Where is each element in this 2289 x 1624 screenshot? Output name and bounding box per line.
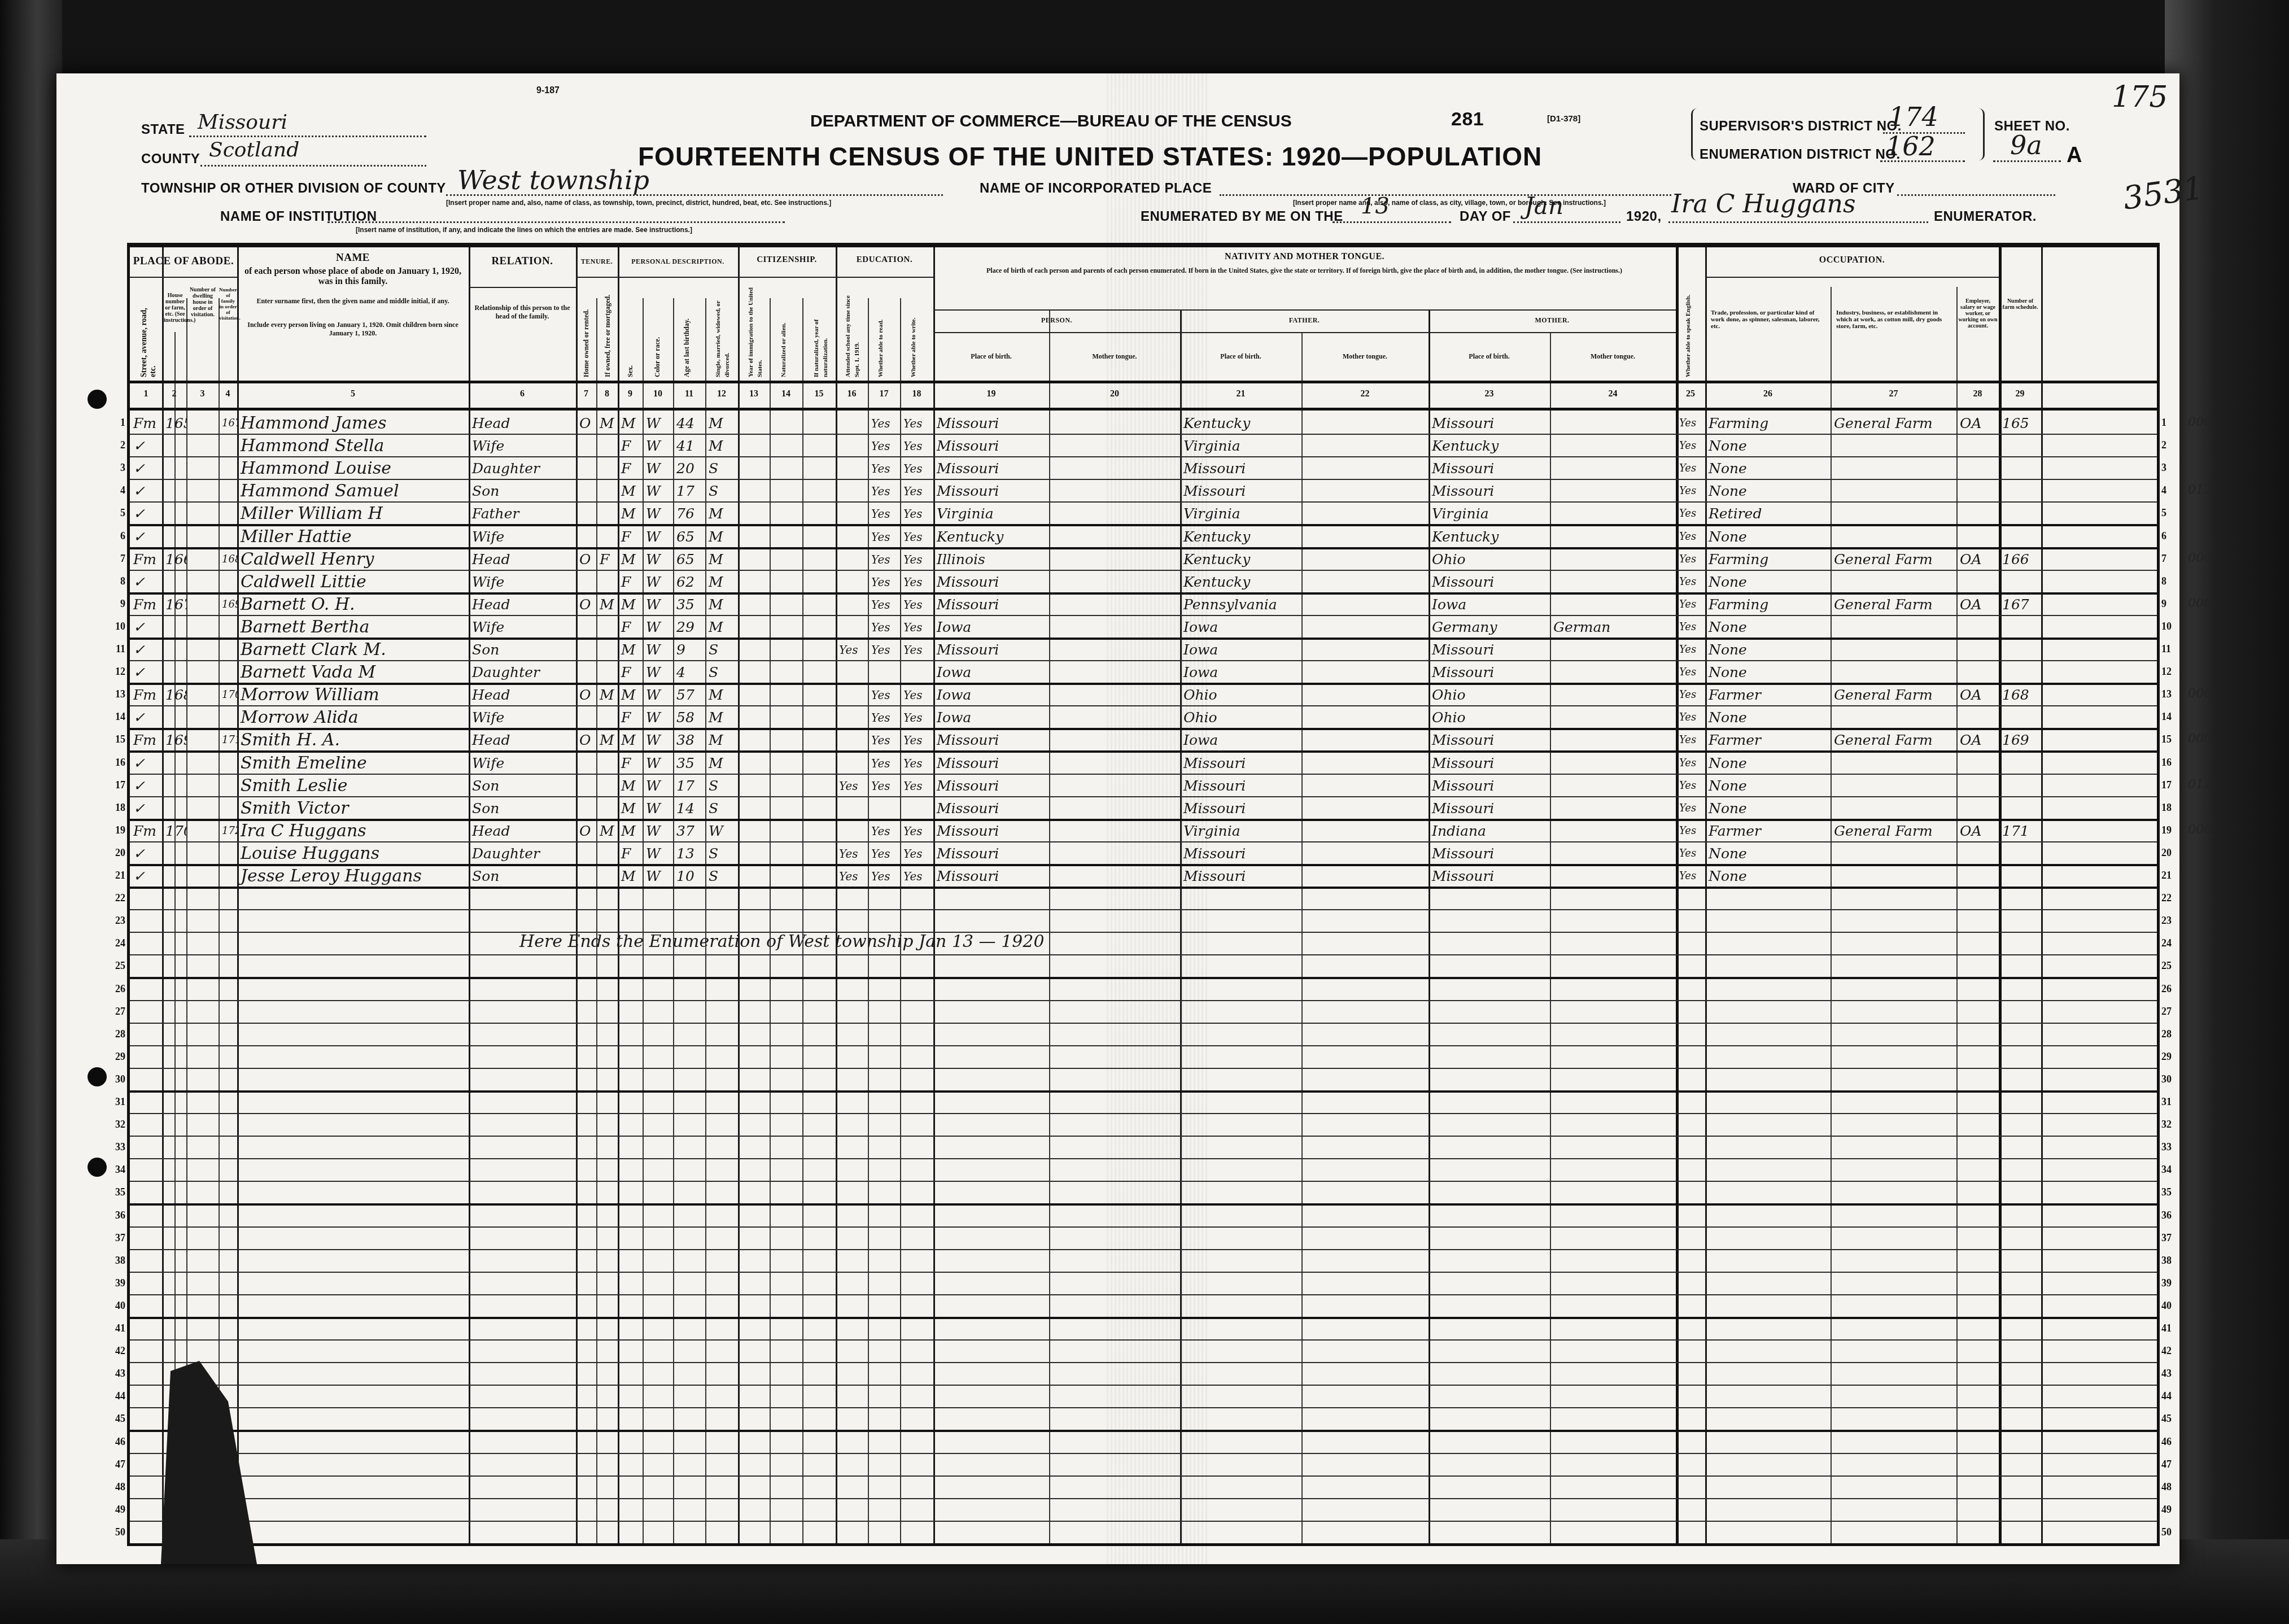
school-cell bbox=[836, 796, 868, 819]
school-cell bbox=[836, 1407, 868, 1430]
mortgage-cell bbox=[596, 1407, 618, 1430]
owned-cell: O bbox=[576, 728, 596, 750]
birthplace-cell: Missouri bbox=[933, 434, 1049, 456]
house-cell bbox=[162, 932, 186, 954]
english-cell bbox=[1676, 909, 1705, 932]
naturalized-cell bbox=[770, 1272, 802, 1294]
school-cell bbox=[836, 1385, 868, 1407]
father-tongue-cell bbox=[1301, 1294, 1429, 1317]
industry-cell bbox=[1831, 638, 1956, 660]
age-cell bbox=[673, 977, 705, 1000]
name-cell bbox=[237, 1430, 469, 1453]
margin-code: 012 bbox=[2188, 479, 2242, 501]
mortgage-cell bbox=[596, 977, 618, 1000]
mother-tongue-cell bbox=[1550, 660, 1676, 683]
farm-schedule-cell bbox=[1999, 1272, 2041, 1294]
tongue-cell bbox=[1049, 751, 1180, 774]
marital-cell: M bbox=[705, 592, 738, 615]
line-number: 34 bbox=[103, 1158, 125, 1181]
dwelling-cell bbox=[186, 1045, 219, 1068]
supervisor-district-label: SUPERVISOR'S DISTRICT NO. bbox=[1700, 119, 1902, 134]
owned-cell bbox=[576, 1000, 596, 1023]
age-cell: 20 bbox=[673, 456, 705, 479]
trade-cell: None bbox=[1705, 570, 1831, 592]
mother-tongue-cell bbox=[1550, 909, 1676, 932]
mother-birthplace-cell bbox=[1429, 1294, 1550, 1317]
naturalization-year-cell bbox=[802, 479, 836, 501]
age-cell bbox=[673, 1045, 705, 1068]
name-cell bbox=[237, 1362, 469, 1385]
immigration-cell bbox=[738, 1498, 770, 1521]
relation-cell bbox=[469, 1475, 576, 1498]
owned-cell bbox=[576, 1475, 596, 1498]
house-cell: 165 bbox=[162, 411, 186, 434]
mother-tongue-cell bbox=[1550, 411, 1676, 434]
family-cell: 168 bbox=[219, 547, 237, 570]
street-cell: ✓ bbox=[130, 570, 162, 592]
mortgage-cell bbox=[596, 638, 618, 660]
father-tongue-cell bbox=[1301, 1317, 1429, 1339]
line-number-right: 50 bbox=[2161, 1521, 2184, 1543]
school-cell bbox=[836, 1272, 868, 1294]
family-cell bbox=[219, 615, 237, 638]
owned-cell bbox=[576, 525, 596, 547]
age-cell: 35 bbox=[673, 592, 705, 615]
owned-cell bbox=[576, 841, 596, 864]
farm-schedule-cell bbox=[1999, 570, 2041, 592]
tongue-cell bbox=[1049, 1453, 1180, 1475]
read-cell bbox=[868, 909, 900, 932]
relation-description: Relationship of this person to the head … bbox=[471, 304, 573, 321]
township-value: West township bbox=[457, 165, 649, 195]
line-number-right: 33 bbox=[2161, 1136, 2184, 1158]
name-cell bbox=[237, 1294, 469, 1317]
street-cell: ✓ bbox=[130, 841, 162, 864]
sex-cell: F bbox=[618, 456, 643, 479]
street-cell bbox=[130, 1136, 162, 1158]
industry-cell bbox=[1831, 864, 1956, 887]
english-cell: Yes bbox=[1676, 841, 1705, 864]
immigration-cell bbox=[738, 1385, 770, 1407]
naturalization-year-cell bbox=[802, 1158, 836, 1181]
family-cell bbox=[219, 1294, 237, 1317]
table-row: 24 24 Here Ends the Enumeration of West … bbox=[130, 932, 2157, 955]
farm-schedule-cell bbox=[1999, 1385, 2041, 1407]
owned-cell bbox=[576, 1249, 596, 1272]
name-cell: Caldwell Henry bbox=[237, 547, 469, 570]
father-tongue-cell bbox=[1301, 1090, 1429, 1113]
english-cell bbox=[1676, 1181, 1705, 1203]
marital-cell: W bbox=[705, 819, 738, 841]
tongue-cell bbox=[1049, 1339, 1180, 1362]
father-tongue-cell bbox=[1301, 1023, 1429, 1045]
father-birthplace-cell bbox=[1180, 954, 1301, 977]
english-cell bbox=[1676, 954, 1705, 977]
house-cell bbox=[162, 841, 186, 864]
marital-cell: S bbox=[705, 456, 738, 479]
sex-cell bbox=[618, 1068, 643, 1090]
farm-schedule-cell bbox=[1999, 841, 2041, 864]
census-sheet: 9-187 DEPARTMENT OF COMMERCE—BUREAU OF T… bbox=[56, 73, 2179, 1564]
naturalized-cell bbox=[770, 638, 802, 660]
school-cell bbox=[836, 819, 868, 841]
family-cell bbox=[219, 525, 237, 547]
naturalization-year-cell bbox=[802, 1498, 836, 1521]
street-cell: ✓ bbox=[130, 615, 162, 638]
relation-cell bbox=[469, 1090, 576, 1113]
group-citizenship: CITIZENSHIP. bbox=[738, 255, 836, 265]
col-street: Street, avenue, road, etc. bbox=[140, 304, 158, 377]
english-cell bbox=[1676, 977, 1705, 1000]
age-cell: 41 bbox=[673, 434, 705, 456]
mortgage-cell: M bbox=[596, 819, 618, 841]
street-cell: Fm bbox=[130, 411, 162, 434]
mother-birthplace-cell bbox=[1429, 1521, 1550, 1543]
table-row: 30 30 bbox=[130, 1068, 2157, 1093]
mortgage-cell bbox=[596, 1339, 618, 1362]
table-row: 31 31 bbox=[130, 1090, 2157, 1114]
table-row: 46 46 bbox=[130, 1430, 2157, 1454]
industry-cell: General Farm bbox=[1831, 683, 1956, 705]
sex-cell bbox=[618, 954, 643, 977]
naturalization-year-cell bbox=[802, 1090, 836, 1113]
read-cell: Yes bbox=[868, 592, 900, 615]
immigration-cell bbox=[738, 660, 770, 683]
industry-cell bbox=[1831, 1181, 1956, 1203]
read-cell bbox=[868, 1000, 900, 1023]
birthplace-cell: Iowa bbox=[933, 660, 1049, 683]
mother-birthplace-cell bbox=[1429, 887, 1550, 909]
father-birthplace-cell: Missouri bbox=[1180, 479, 1301, 501]
relation-cell bbox=[469, 1385, 576, 1407]
age-cell: 57 bbox=[673, 683, 705, 705]
father-tongue-cell bbox=[1301, 525, 1429, 547]
employment-class-cell: OA bbox=[1956, 683, 1999, 705]
name-cell: Barnett Bertha bbox=[237, 615, 469, 638]
township-hint: [Insert proper name and, also, name of c… bbox=[446, 199, 831, 207]
race-cell: W bbox=[643, 683, 673, 705]
school-cell bbox=[836, 1294, 868, 1317]
english-cell bbox=[1676, 1045, 1705, 1068]
read-cell: Yes bbox=[868, 683, 900, 705]
naturalized-cell bbox=[770, 547, 802, 570]
line-number-right: 47 bbox=[2161, 1453, 2184, 1475]
school-cell bbox=[836, 1113, 868, 1136]
mother-birthplace-cell bbox=[1429, 1362, 1550, 1385]
immigration-cell bbox=[738, 592, 770, 615]
owned-cell bbox=[576, 479, 596, 501]
school-cell bbox=[836, 592, 868, 615]
read-cell: Yes bbox=[868, 615, 900, 638]
owned-cell bbox=[576, 501, 596, 524]
mother-birthplace-cell: Virginia bbox=[1429, 501, 1550, 524]
age-cell: 37 bbox=[673, 819, 705, 841]
school-cell bbox=[836, 728, 868, 750]
mother-birthplace-cell: Iowa bbox=[1429, 592, 1550, 615]
mother-birthplace-cell bbox=[1429, 1498, 1550, 1521]
english-cell bbox=[1676, 1317, 1705, 1339]
col-naturalization-year: If naturalized, year of naturalization. bbox=[812, 281, 830, 377]
marital-cell: S bbox=[705, 796, 738, 819]
father-birthplace-cell: Ohio bbox=[1180, 705, 1301, 728]
industry-cell bbox=[1831, 1362, 1956, 1385]
english-cell: Yes bbox=[1676, 525, 1705, 547]
read-cell: Yes bbox=[868, 841, 900, 864]
marital-cell bbox=[705, 1498, 738, 1521]
industry-cell bbox=[1831, 1453, 1956, 1475]
mother-tongue-cell bbox=[1550, 479, 1676, 501]
name-cell bbox=[237, 1226, 469, 1249]
relation-cell: Wife bbox=[469, 615, 576, 638]
immigration-cell bbox=[738, 1158, 770, 1181]
mother-birthplace-cell bbox=[1429, 977, 1550, 1000]
father-birthplace-cell bbox=[1180, 1249, 1301, 1272]
english-cell bbox=[1676, 1339, 1705, 1362]
farm-schedule-cell bbox=[1999, 1317, 2041, 1339]
employment-class-cell bbox=[1956, 796, 1999, 819]
write-cell bbox=[900, 1204, 933, 1226]
farm-schedule-cell bbox=[1999, 887, 2041, 909]
mother-tongue-cell bbox=[1550, 1090, 1676, 1113]
dwelling-cell bbox=[186, 705, 219, 728]
school-cell bbox=[836, 1000, 868, 1023]
birthplace-cell bbox=[933, 1475, 1049, 1498]
naturalization-year-cell bbox=[802, 705, 836, 728]
name-cell bbox=[237, 887, 469, 909]
farm-schedule-cell bbox=[1999, 1475, 2041, 1498]
industry-cell bbox=[1831, 774, 1956, 796]
name-cell: Ira C Huggans bbox=[237, 819, 469, 841]
naturalized-cell bbox=[770, 909, 802, 932]
group-place-of-abode: PLACE OF ABODE. bbox=[130, 255, 237, 268]
race-cell: W bbox=[643, 751, 673, 774]
school-cell bbox=[836, 434, 868, 456]
father-birthplace-cell bbox=[1180, 1317, 1301, 1339]
street-cell bbox=[130, 1158, 162, 1181]
mortgage-cell bbox=[596, 1090, 618, 1113]
relation-cell bbox=[469, 1453, 576, 1475]
corner-page-number: 175 bbox=[2112, 80, 2168, 114]
dwelling-cell bbox=[186, 977, 219, 1000]
immigration-cell bbox=[738, 1362, 770, 1385]
race-cell bbox=[643, 1521, 673, 1543]
family-cell bbox=[219, 977, 237, 1000]
industry-cell bbox=[1831, 1136, 1956, 1158]
line-number: 38 bbox=[103, 1249, 125, 1272]
name-cell: Caldwell Littie bbox=[237, 570, 469, 592]
line-number-right: 9 bbox=[2161, 592, 2184, 615]
mother-tongue-cell bbox=[1550, 1272, 1676, 1294]
school-cell bbox=[836, 1023, 868, 1045]
marital-cell bbox=[705, 1000, 738, 1023]
naturalization-year-cell bbox=[802, 1136, 836, 1158]
enumeration-district-value: 162 bbox=[1886, 131, 1936, 161]
industry-cell bbox=[1831, 1407, 1956, 1430]
naturalization-year-cell bbox=[802, 774, 836, 796]
english-cell: Yes bbox=[1676, 819, 1705, 841]
marital-cell bbox=[705, 1385, 738, 1407]
write-cell: Yes bbox=[900, 501, 933, 524]
group-father: FATHER. bbox=[1180, 316, 1429, 325]
birthplace-cell: Iowa bbox=[933, 683, 1049, 705]
line-number: 9 bbox=[103, 592, 125, 615]
group-education: EDUCATION. bbox=[836, 255, 933, 265]
table-row: 18 ✓ Smith Victor Son M W 14 S Missouri … bbox=[130, 796, 2157, 821]
naturalized-cell bbox=[770, 1317, 802, 1339]
line-number-right: 12 bbox=[2161, 660, 2184, 683]
read-cell bbox=[868, 1181, 900, 1203]
name-cell bbox=[237, 1249, 469, 1272]
english-cell: Yes bbox=[1676, 774, 1705, 796]
school-cell bbox=[836, 1521, 868, 1543]
name-cell bbox=[237, 954, 469, 977]
industry-cell bbox=[1831, 1023, 1956, 1045]
family-cell bbox=[219, 1339, 237, 1362]
dwelling-cell bbox=[186, 1294, 219, 1317]
race-cell bbox=[643, 1113, 673, 1136]
race-cell bbox=[643, 1385, 673, 1407]
house-cell: 169 bbox=[162, 728, 186, 750]
dwelling-cell bbox=[186, 525, 219, 547]
race-cell: W bbox=[643, 705, 673, 728]
col-age: Age at last birthday. bbox=[682, 281, 691, 377]
father-tongue-cell bbox=[1301, 1136, 1429, 1158]
line-number: 33 bbox=[103, 1136, 125, 1158]
table-row: 35 35 bbox=[130, 1181, 2157, 1206]
mother-tongue-cell bbox=[1550, 1521, 1676, 1543]
line-number: 28 bbox=[103, 1023, 125, 1045]
mother-birthplace-cell bbox=[1429, 1339, 1550, 1362]
birthplace-cell bbox=[933, 1090, 1049, 1113]
father-birthplace-cell: Missouri bbox=[1180, 796, 1301, 819]
marital-cell: M bbox=[705, 434, 738, 456]
english-cell: Yes bbox=[1676, 728, 1705, 750]
farm-schedule-cell bbox=[1999, 1136, 2041, 1158]
race-cell bbox=[643, 1294, 673, 1317]
age-cell: 65 bbox=[673, 547, 705, 570]
employment-class-cell: OA bbox=[1956, 728, 1999, 750]
employment-class-cell bbox=[1956, 1385, 1999, 1407]
trade-cell bbox=[1705, 1226, 1831, 1249]
father-birthplace-cell bbox=[1180, 1385, 1301, 1407]
farm-schedule-cell bbox=[1999, 1498, 2041, 1521]
naturalized-cell bbox=[770, 1023, 802, 1045]
tongue-cell bbox=[1049, 1430, 1180, 1453]
table-row: 41 41 bbox=[130, 1317, 2157, 1341]
birthplace-cell: Iowa bbox=[933, 615, 1049, 638]
immigration-cell bbox=[738, 1453, 770, 1475]
father-birthplace-cell: Kentucky bbox=[1180, 570, 1301, 592]
mother-tongue-cell bbox=[1550, 1204, 1676, 1226]
age-cell: 9 bbox=[673, 638, 705, 660]
farm-schedule-cell bbox=[1999, 1045, 2041, 1068]
immigration-cell bbox=[738, 796, 770, 819]
school-cell bbox=[836, 1249, 868, 1272]
write-cell: Yes bbox=[900, 547, 933, 570]
dwelling-cell bbox=[186, 1023, 219, 1045]
father-tongue-cell bbox=[1301, 1226, 1429, 1249]
english-cell: Yes bbox=[1676, 411, 1705, 434]
tongue-cell bbox=[1049, 1045, 1180, 1068]
write-cell: Yes bbox=[900, 525, 933, 547]
school-cell bbox=[836, 1181, 868, 1203]
marital-cell: S bbox=[705, 660, 738, 683]
school-cell: Yes bbox=[836, 774, 868, 796]
employment-class-cell bbox=[1956, 977, 1999, 1000]
read-cell: Yes bbox=[868, 864, 900, 887]
mother-tongue-cell bbox=[1550, 1407, 1676, 1430]
race-cell: W bbox=[643, 728, 673, 750]
school-cell bbox=[836, 1430, 868, 1453]
family-cell bbox=[219, 1272, 237, 1294]
house-cell bbox=[162, 864, 186, 887]
school-cell bbox=[836, 1498, 868, 1521]
sex-cell: M bbox=[618, 547, 643, 570]
naturalization-year-cell bbox=[802, 909, 836, 932]
read-cell: Yes bbox=[868, 705, 900, 728]
line-number-right: 48 bbox=[2161, 1475, 2184, 1498]
mortgage-cell bbox=[596, 751, 618, 774]
age-cell: 76 bbox=[673, 501, 705, 524]
marital-cell bbox=[705, 977, 738, 1000]
read-cell bbox=[868, 1045, 900, 1068]
table-row: 49 49 bbox=[130, 1498, 2157, 1522]
employment-class-cell bbox=[1956, 1068, 1999, 1090]
father-tongue-cell bbox=[1301, 1430, 1429, 1453]
dwelling-cell bbox=[186, 570, 219, 592]
line-number: 6 bbox=[103, 525, 125, 547]
table-row: 44 44 bbox=[130, 1385, 2157, 1408]
table-row: 21 ✓ Jesse Leroy Huggans Son M W 10 S Ye… bbox=[130, 864, 2157, 889]
relation-cell bbox=[469, 1136, 576, 1158]
father-birthplace-cell: Iowa bbox=[1180, 728, 1301, 750]
marital-cell: S bbox=[705, 864, 738, 887]
street-cell bbox=[130, 1362, 162, 1385]
margin-code: 000 bbox=[2188, 547, 2242, 570]
table-row: 8 ✓ Caldwell Littie Wife F W 62 M Yes Ye… bbox=[130, 570, 2157, 595]
relation-cell bbox=[469, 977, 576, 1000]
relation-cell: Wife bbox=[469, 525, 576, 547]
marital-cell bbox=[705, 1475, 738, 1498]
school-cell bbox=[836, 1226, 868, 1249]
naturalization-year-cell bbox=[802, 1475, 836, 1498]
relation-cell: Head bbox=[469, 411, 576, 434]
birthplace-cell bbox=[933, 1204, 1049, 1226]
trade-cell bbox=[1705, 1430, 1831, 1453]
name-cell bbox=[237, 1475, 469, 1498]
sheet-value: 9a bbox=[2010, 130, 2042, 160]
relation-cell bbox=[469, 1158, 576, 1181]
line-number: 21 bbox=[103, 864, 125, 887]
mother-tongue-cell bbox=[1550, 705, 1676, 728]
house-cell bbox=[162, 774, 186, 796]
trade-cell bbox=[1705, 1521, 1831, 1543]
relation-cell bbox=[469, 1362, 576, 1385]
marital-cell: S bbox=[705, 479, 738, 501]
sex-cell bbox=[618, 1294, 643, 1317]
birthplace-cell: Missouri bbox=[933, 456, 1049, 479]
naturalized-cell bbox=[770, 1000, 802, 1023]
col-home-owned: Home owned or rented. bbox=[582, 281, 591, 377]
father-birthplace-cell bbox=[1180, 1407, 1301, 1430]
english-cell bbox=[1676, 1272, 1705, 1294]
dwelling-cell bbox=[186, 1068, 219, 1090]
trade-cell: Farming bbox=[1705, 592, 1831, 615]
age-cell bbox=[673, 1339, 705, 1362]
immigration-cell bbox=[738, 705, 770, 728]
name-cell bbox=[237, 1204, 469, 1226]
table-row: 20 ✓ Louise Huggans Daughter F W 13 S Ye… bbox=[130, 841, 2157, 866]
